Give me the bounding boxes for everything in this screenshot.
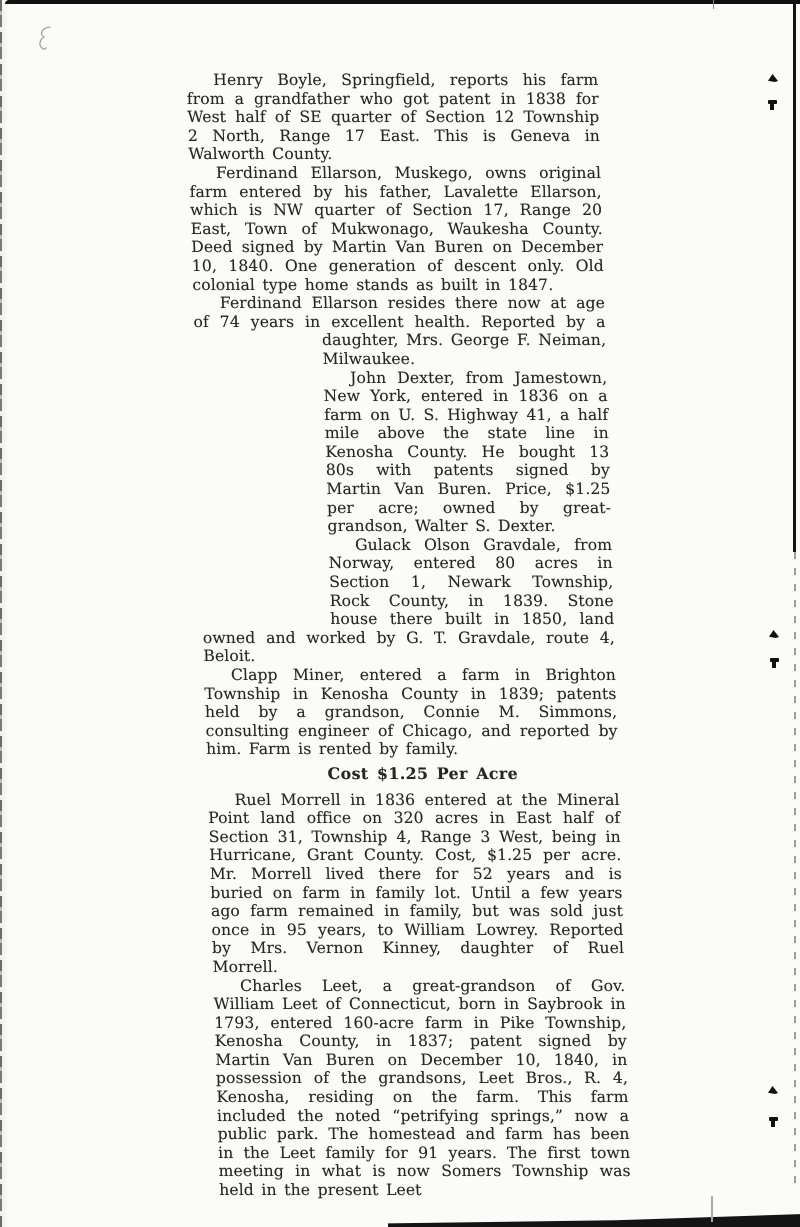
- paragraph-ruel-morrell: Ruel Morrell in 1836 entered at the Mine…: [207, 791, 625, 977]
- scan-bottom-tick-line: [711, 1196, 713, 1222]
- scan-left-edge-line: [0, 0, 2, 1227]
- paragraph-charles-leet: Charles Leet, a great-grandson of Gov. W…: [213, 977, 632, 1200]
- section-heading-cost-per-acre: Cost $1.25 Per Acre: [207, 765, 620, 784]
- scanned-document-page: { "document": { "paper_color": "#fbfbfa"…: [0, 0, 800, 1227]
- scan-bottom-edge-bar: [388, 1213, 800, 1227]
- paragraph-henry-boyle: Henry Boyle, Springfield, reports his fa…: [186, 71, 601, 164]
- margin-triangle-mark-icon: [769, 630, 779, 638]
- scan-right-edge-line-faint: [794, 552, 796, 1192]
- photo-whitespace-gap: [194, 331, 331, 624]
- scan-top-edge-bar: [5, 0, 800, 4]
- paragraph-text: Ferdinand Ellarson resides there now at …: [193, 294, 606, 331]
- margin-triangle-mark-icon: [768, 1086, 778, 1094]
- margin-triangle-mark-icon: [768, 74, 778, 82]
- paragraph-ferdinand-ellarson-resides: Ferdinand Ellarson resides there now at …: [193, 294, 607, 368]
- paragraph-text: daughter, Mrs. George F. Neiman, Milwauk…: [322, 331, 607, 368]
- paragraph-clapp-miner: Clapp Miner, entered a farm in Brighton …: [204, 666, 619, 759]
- handwritten-squiggle-mark: [38, 25, 54, 55]
- margin-tee-mark-icon: [768, 100, 777, 104]
- margin-tee-mark-icon: [770, 658, 779, 662]
- scan-top-tick-line: [713, 0, 714, 9]
- margin-tee-mark-icon: [769, 1117, 778, 1121]
- paragraph-ferdinand-ellarson-farm: Ferdinand Ellarson, Muskego, owns origin…: [189, 164, 605, 294]
- article-text-column: Henry Boyle, Springfield, reports his fa…: [186, 71, 631, 1200]
- scan-right-edge-line: [793, 0, 796, 552]
